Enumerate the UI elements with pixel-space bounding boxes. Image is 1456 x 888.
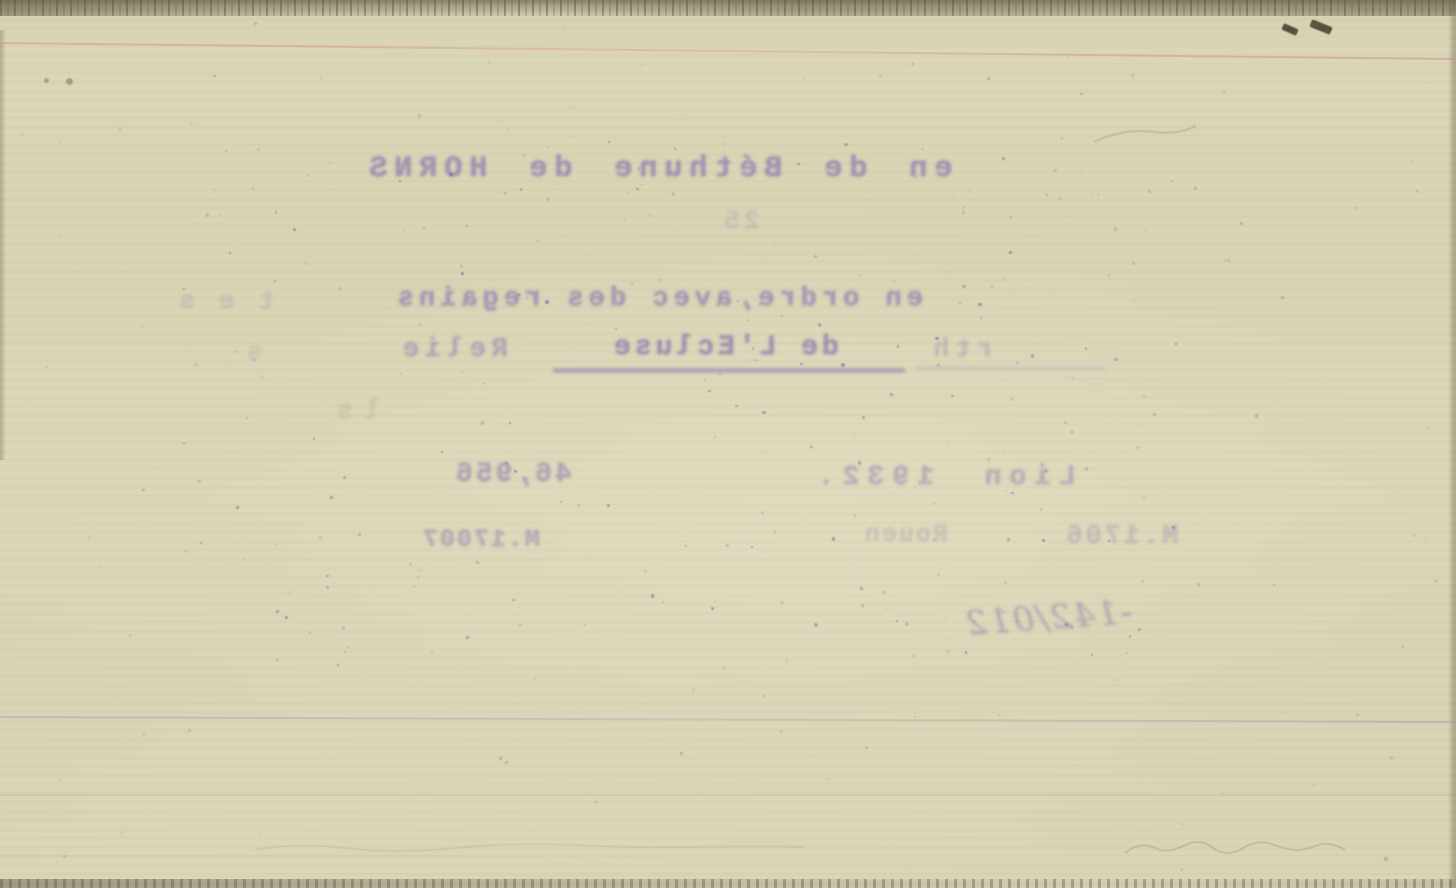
ink-speckle — [962, 211, 965, 214]
ink-speckle — [810, 755, 811, 756]
ink-speckle — [276, 544, 278, 546]
ink-speckle — [865, 746, 868, 749]
ink-speckle — [462, 371, 464, 373]
ink-speckle — [1009, 251, 1012, 254]
ink-speckle — [978, 303, 982, 307]
ink-speckle — [487, 218, 488, 219]
ink-speckle — [206, 213, 209, 216]
ink-speckle — [276, 610, 279, 613]
bleedthrough-line-lion-1932: Lion 1932. — [758, 455, 1128, 499]
ink-speckle — [141, 326, 142, 327]
ink-speckle — [366, 511, 367, 512]
ink-speckle — [1031, 354, 1035, 358]
ink-speckle — [906, 869, 907, 870]
ink-speckle — [1131, 74, 1134, 77]
ink-speckle — [644, 570, 647, 573]
bleedthrough-word-relie: Relie — [360, 330, 545, 370]
ink-speckle — [313, 149, 314, 150]
ink-speckle — [488, 61, 490, 63]
ink-speckle — [1142, 425, 1143, 426]
ink-speckle — [950, 271, 951, 272]
ink-speckle — [119, 127, 121, 129]
ink-speckle — [1273, 584, 1276, 587]
ink-speckle — [417, 576, 419, 578]
ink-speckle — [307, 174, 310, 177]
ink-speckle — [1029, 680, 1031, 682]
ink-speckle — [828, 778, 830, 780]
ink-speckle — [466, 225, 468, 227]
ink-speckle — [890, 393, 893, 396]
ink-speckle — [1059, 197, 1062, 200]
ink-speckle — [419, 323, 422, 326]
ink-speckle — [509, 422, 511, 424]
ink-speckle — [572, 107, 574, 109]
ink-speckle — [212, 189, 215, 192]
bleedthrough-word-rth: rth — [900, 330, 1020, 368]
ink-speckle — [1145, 230, 1147, 232]
ink-speckle — [276, 659, 278, 661]
ink-speckle — [1090, 195, 1092, 197]
ink-speckle — [947, 441, 948, 442]
ink-speckle — [213, 75, 216, 78]
ink-speckle — [879, 74, 882, 77]
ink-speckle — [320, 77, 322, 79]
ink-speckle — [1180, 197, 1181, 198]
ink-speckle — [1026, 287, 1027, 288]
ink-speckle — [236, 473, 237, 474]
ink-speckle — [1136, 446, 1139, 449]
bleedthrough-word-m17007: M.17007 — [398, 518, 563, 560]
ink-speckle — [190, 122, 192, 124]
ink-speckle — [774, 530, 776, 532]
ink-speckle — [293, 228, 296, 231]
ink-speckle — [1066, 216, 1067, 217]
ink-speckle — [726, 544, 729, 547]
ink-speckle — [1429, 82, 1430, 83]
ink-speckle — [962, 285, 965, 288]
pencil-scribble — [1120, 828, 1350, 868]
ink-speckle — [1224, 259, 1226, 261]
ink-speckle — [229, 252, 231, 254]
ink-speckle — [500, 121, 502, 123]
bleedthrough-word-de-lecluse: de L'Ecluse — [552, 326, 897, 368]
ink-speckle — [218, 222, 219, 223]
ink-speckle — [183, 442, 185, 444]
ink-speckle — [803, 78, 805, 80]
ink-speckle — [963, 206, 965, 208]
ink-speckle — [844, 143, 847, 146]
ink-speckle — [1064, 421, 1067, 424]
ink-speckle — [1085, 347, 1087, 349]
ink-speckle — [651, 594, 654, 597]
ink-speckle — [882, 591, 885, 594]
ink-speckle — [512, 599, 514, 601]
ink-speckle — [257, 148, 260, 151]
ink-speckle — [584, 624, 586, 626]
ink-speckle — [577, 504, 580, 507]
ink-speckle — [504, 192, 507, 195]
ink-speckle — [563, 26, 565, 28]
bleedthrough-number-25: 25 — [700, 203, 780, 239]
ink-speckle — [959, 302, 961, 304]
ink-speckle — [243, 558, 245, 560]
ink-speckle — [714, 436, 716, 438]
ink-speckle — [854, 433, 856, 435]
ink-speckle — [861, 604, 865, 608]
ink-speckle — [185, 550, 187, 552]
ink-speckle — [762, 411, 765, 414]
ink-speckle — [680, 114, 682, 116]
ruled-line-bottom-faint — [0, 855, 760, 857]
ink-speckle — [506, 128, 509, 131]
ink-speckle — [1010, 291, 1011, 292]
ink-speckle — [1383, 214, 1384, 215]
ink-speckle — [481, 421, 484, 424]
ink-speckle — [1132, 262, 1135, 265]
ink-speckle — [708, 390, 711, 393]
ink-speckle — [685, 545, 687, 547]
ink-speckle — [723, 667, 725, 669]
ink-speckle — [1143, 497, 1145, 499]
ink-speckle — [859, 274, 861, 276]
bleedthrough-line-ordre-tail: tes — [120, 282, 310, 320]
ink-speckle — [761, 511, 764, 514]
bleedthrough-number-46956: 46,956 — [425, 452, 600, 496]
ink-speckle — [88, 536, 91, 539]
ink-speckle — [44, 78, 49, 83]
ink-speckle — [575, 136, 576, 137]
ink-speckle — [672, 192, 676, 196]
ink-speckle — [1053, 290, 1054, 291]
scan-edge-left — [0, 30, 6, 460]
ink-speckle — [188, 729, 191, 732]
ink-speckle — [944, 637, 945, 638]
ink-speckle — [371, 586, 372, 587]
ink-speckle — [1108, 274, 1111, 277]
ink-speckle — [326, 575, 329, 578]
ink-speckle — [547, 198, 549, 200]
ink-speckle — [781, 601, 783, 603]
ink-speckle — [946, 650, 949, 653]
ink-speckle — [1095, 342, 1096, 343]
ink-speckle — [1355, 207, 1357, 209]
ink-speckle — [344, 651, 347, 654]
ink-speckle — [1172, 180, 1174, 182]
scanned-document-verso: en de Béthune de HORNS 25 en ordre,avec … — [0, 0, 1456, 888]
ink-speckle — [608, 141, 610, 143]
ink-speckle — [198, 480, 201, 483]
ink-speckle — [120, 831, 123, 834]
ink-speckle — [1153, 413, 1156, 416]
ink-speckle — [1227, 259, 1230, 262]
ink-speckle — [1134, 300, 1135, 301]
ink-speckle — [287, 591, 290, 594]
ruled-line-top — [0, 42, 1456, 60]
bleedthrough-line-ordre: en ordre,avec des regains — [358, 278, 958, 320]
ink-speckle — [77, 270, 78, 271]
ink-speckle — [142, 489, 145, 492]
ink-underline — [553, 368, 905, 373]
ink-speckle — [206, 530, 207, 531]
ink-speckle — [1141, 580, 1144, 583]
ink-speckle — [945, 618, 947, 620]
ink-speckle — [358, 533, 361, 536]
ink-speckle — [619, 590, 621, 592]
scan-edge-top — [0, 0, 1456, 16]
ink-speckle — [326, 586, 329, 589]
ink-speckle — [207, 495, 208, 496]
ink-speckle — [824, 598, 826, 600]
ink-speckle — [308, 631, 311, 634]
ink-speckle — [812, 723, 813, 724]
ink-speckle — [1002, 157, 1005, 160]
ink-speckle — [466, 636, 469, 639]
ink-speckle — [774, 244, 775, 245]
ink-speckle — [28, 402, 30, 404]
ink-speckle — [780, 730, 782, 732]
ink-speckle — [1427, 427, 1429, 429]
ink-speckle — [807, 519, 808, 520]
ink-speckle — [1035, 344, 1037, 346]
ink-speckle — [246, 417, 248, 419]
ink-speckle — [1148, 190, 1151, 193]
ink-underline-faint-ext — [915, 366, 1105, 370]
ink-speckle — [763, 695, 765, 697]
ink-speckle — [345, 195, 347, 197]
ink-speckle — [887, 608, 889, 610]
ink-speckle — [1114, 358, 1117, 361]
bleedthrough-word-relie-tail: s — [165, 334, 315, 370]
ink-speckle — [906, 580, 907, 581]
scan-edge-bottom — [0, 879, 1456, 888]
bleedthrough-line-bethune: en de Béthune de HORNS — [330, 147, 985, 191]
ink-speckle — [1114, 227, 1118, 231]
ink-speckle — [535, 678, 536, 679]
ink-speckle — [1079, 169, 1081, 171]
ink-speckle — [343, 476, 346, 479]
ink-speckle — [303, 542, 304, 543]
ink-speckle — [98, 566, 100, 568]
scan-edge-right — [1448, 0, 1456, 888]
crease-line-faint — [0, 794, 1456, 796]
ink-speckle — [1175, 343, 1176, 344]
ink-speckle — [247, 812, 248, 813]
ink-speckle — [220, 214, 223, 217]
ink-speckle — [415, 701, 417, 703]
ink-speckle — [1068, 57, 1070, 59]
ink-speckle — [260, 833, 262, 835]
ink-speckle — [476, 561, 479, 564]
ink-speckle — [236, 506, 239, 509]
ink-speckle — [692, 689, 695, 692]
ink-speckle — [854, 597, 855, 598]
ink-speckle — [1356, 714, 1358, 716]
ink-speckle — [672, 230, 674, 232]
ink-speckle — [342, 626, 345, 629]
ink-speckle — [338, 287, 341, 290]
ink-speckle — [862, 416, 865, 419]
pencil-dash-top — [1090, 122, 1200, 148]
ink-speckle — [129, 634, 131, 636]
ink-speckle — [419, 570, 421, 572]
ink-speckle — [285, 616, 288, 619]
ink-speckle — [1071, 431, 1073, 433]
ink-speckle — [254, 22, 257, 25]
ink-speckle — [1040, 508, 1042, 510]
ink-speckle — [814, 255, 817, 258]
ink-speckle — [483, 382, 484, 383]
ink-speckle — [252, 188, 254, 190]
ink-speckle — [505, 761, 507, 763]
ink-speckle — [1194, 187, 1197, 190]
ink-speckle — [126, 271, 128, 273]
ink-speckle — [674, 668, 675, 669]
ink-speckle — [519, 624, 520, 625]
ink-speckle — [60, 235, 62, 237]
ink-speckle — [715, 600, 717, 602]
ink-speckle — [952, 196, 954, 198]
ink-speckle — [1240, 222, 1243, 225]
ink-speckle — [1054, 169, 1057, 172]
ink-speckle — [981, 386, 983, 388]
ink-speckle — [627, 193, 629, 195]
bleedthrough-handwriting-142-012: -142/012 — [946, 585, 1149, 651]
ink-speckle — [236, 248, 237, 249]
ink-speckle — [252, 144, 253, 145]
ink-speckle — [914, 716, 915, 717]
ink-speckle — [1143, 395, 1145, 397]
ink-speckle — [1402, 646, 1405, 649]
ink-tick-right — [1309, 19, 1332, 35]
ink-speckle — [22, 134, 23, 135]
ink-speckle — [142, 733, 145, 736]
ink-speckle — [66, 78, 73, 85]
ink-speckle — [649, 214, 652, 217]
ink-speckle — [460, 265, 463, 268]
ink-speckle — [158, 466, 159, 467]
ink-speckle — [330, 496, 333, 499]
ink-speckle — [536, 240, 538, 242]
ink-speckle — [751, 546, 753, 548]
ink-speckle — [680, 752, 683, 755]
ink-speckle — [1425, 537, 1427, 539]
ink-speckle — [814, 623, 818, 627]
ink-speckle — [704, 379, 706, 381]
ink-speckle — [1281, 296, 1284, 299]
ink-speckle — [896, 620, 898, 622]
ink-speckle — [193, 223, 195, 225]
ink-speckle — [423, 227, 425, 229]
ink-speckle — [1080, 93, 1083, 96]
ink-speckle — [1416, 190, 1418, 192]
bleedthrough-word-rouen: Rouen — [848, 514, 963, 554]
ink-speckle — [1113, 679, 1115, 681]
ink-speckle — [965, 651, 968, 654]
ink-speckle — [275, 211, 278, 214]
ink-speckle — [59, 779, 61, 781]
ink-speckle — [1276, 588, 1277, 589]
ink-speckle — [867, 200, 868, 201]
ink-speckle — [1046, 194, 1048, 196]
ink-speckle — [116, 697, 118, 699]
ink-speckle — [63, 855, 66, 858]
ink-speckle — [1411, 161, 1413, 163]
bleedthrough-word-m1706: M.1706 — [1035, 514, 1207, 560]
ink-speckle — [1002, 378, 1003, 379]
ink-speckle — [607, 504, 610, 507]
ink-speckle — [1009, 216, 1012, 219]
ink-speckle — [1435, 580, 1438, 583]
ink-speckle — [431, 652, 433, 654]
ink-speckle — [46, 366, 48, 368]
ink-speckle — [400, 373, 402, 375]
ink-speckle — [1004, 452, 1005, 453]
ink-speckle — [337, 664, 338, 665]
ink-speckle — [1007, 538, 1009, 540]
ink-speckle — [711, 607, 714, 610]
ink-speckle — [786, 659, 788, 661]
ink-speckle — [55, 814, 57, 816]
ink-speckle — [409, 563, 412, 566]
ink-speckle — [980, 317, 983, 320]
ink-speckle — [1222, 793, 1224, 795]
ink-speckle — [1312, 784, 1314, 786]
ink-speckle — [376, 466, 377, 467]
ink-speckle — [987, 77, 990, 80]
ink-speckle — [347, 646, 349, 648]
ink-speckle — [991, 286, 992, 287]
ink-speckle — [1223, 91, 1226, 94]
ink-speckle — [461, 272, 464, 275]
ink-speckle — [586, 323, 587, 324]
ink-speckle — [413, 586, 415, 588]
ink-speckle — [311, 830, 313, 832]
ink-speckle — [534, 831, 535, 832]
ink-speckle — [1095, 383, 1097, 385]
ink-speckle — [1098, 194, 1100, 196]
ink-speckle — [1126, 652, 1128, 654]
ink-speckle — [888, 404, 889, 405]
ink-speckle — [810, 446, 813, 449]
ink-speckle-layer — [0, 0, 1456, 888]
ink-speckle — [1091, 654, 1093, 656]
ink-speckle — [589, 556, 591, 558]
ink-speckle — [1180, 823, 1183, 826]
ink-speckle — [1004, 581, 1007, 584]
pencil-smudge-ls: ls — [272, 395, 382, 439]
ink-speckle — [735, 405, 737, 407]
ink-speckle — [360, 672, 361, 673]
ink-speckle — [1197, 583, 1200, 586]
ink-speckle — [225, 150, 227, 152]
ink-speckle — [723, 143, 725, 145]
ink-speckle — [418, 114, 421, 117]
ink-speckle — [305, 262, 307, 264]
ink-speckle — [641, 65, 643, 67]
ink-speckle — [912, 63, 914, 65]
ink-speckle — [319, 536, 322, 539]
ink-speckle — [624, 218, 626, 220]
ink-speckle — [951, 395, 954, 398]
ink-speckle — [1413, 534, 1416, 537]
ink-speckle — [998, 714, 1000, 716]
ink-speckle — [262, 376, 263, 377]
ink-speckle — [832, 537, 835, 540]
ink-speckle — [662, 601, 663, 602]
ink-speckle — [1285, 712, 1286, 713]
ink-speckle — [403, 230, 404, 231]
ink-speckle — [1011, 398, 1013, 400]
